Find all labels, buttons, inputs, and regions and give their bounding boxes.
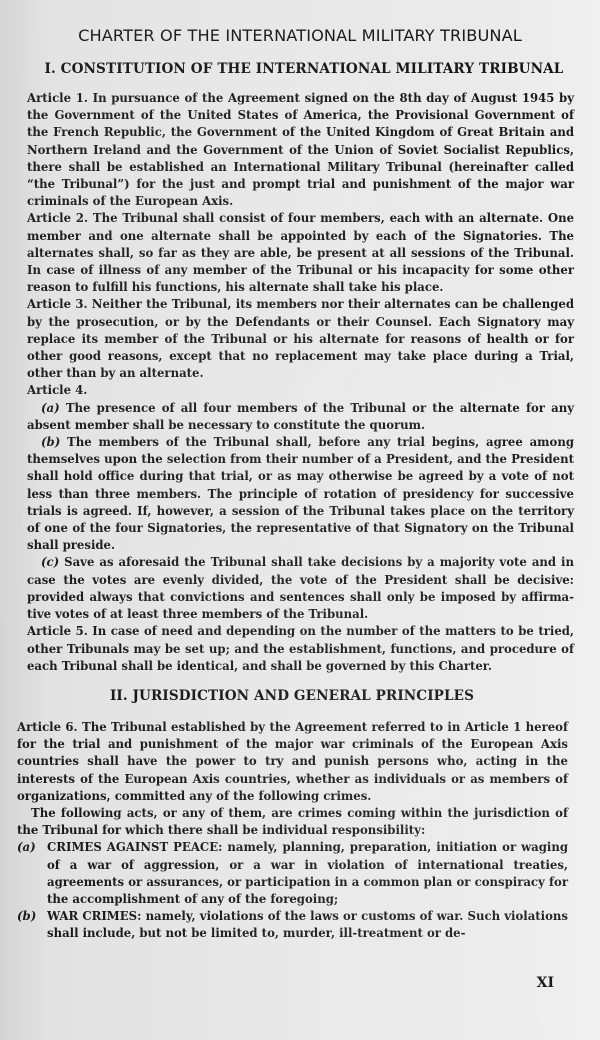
article-4-item-c-letter: (c)	[41, 555, 59, 569]
article-2: Article 2. The Tribunal shall consist of…	[27, 210, 574, 296]
page-number: XI	[537, 975, 554, 991]
crime-item-b-letter: (b)	[17, 908, 47, 925]
crime-item-a-text: CRIMES AGAINST PEACE: namely, planning, …	[47, 840, 568, 906]
article-1-text: In pursuance of the Agreement signed on …	[27, 91, 574, 208]
article-1-label: Article 1.	[27, 91, 88, 105]
article-5: Article 5. In case of need and depending…	[27, 623, 574, 675]
article-4-item-b-letter: (b)	[41, 435, 60, 449]
document-page: CHARTER OF THE INTERNATIONAL MILITARY TR…	[0, 0, 600, 1040]
article-3: Article 3. Neither the Tribunal, its mem…	[27, 296, 574, 382]
article-2-text: The Tribunal shall consist of four membe…	[27, 211, 574, 294]
section-constitution-body: Article 1. In pursuance of the Agreement…	[27, 90, 574, 675]
article-3-text: Neither the Tribunal, its members nor th…	[27, 297, 574, 380]
article-4-item-c-text: Save as aforesaid the Tribunal shall tak…	[27, 555, 574, 621]
crime-item-b-text: WAR CRIMES: namely, violations of the la…	[47, 909, 568, 940]
article-4-item-b: (b) The members of the Tribunal shall, b…	[27, 434, 574, 554]
section-title-constitution: I. CONSTITUTION OF THE INTERNATIONAL MIL…	[4, 61, 600, 77]
article-6-text: The Tribunal established by the Agreemen…	[17, 720, 568, 803]
article-3-label: Article 3.	[27, 297, 88, 311]
article-6-label: Article 6.	[17, 720, 78, 734]
article-4-item-c: (c) Save as aforesaid the Tribunal shall…	[27, 554, 574, 623]
crime-item-a-letter: (a)	[17, 839, 47, 856]
article-4-label: Article 4.	[27, 383, 87, 397]
article-6-intro: The following acts, or any of them, are …	[17, 805, 568, 839]
article-5-text: In case of need and depending on the num…	[27, 624, 574, 672]
article-4-item-a-text: The presence of all four members of the …	[27, 401, 574, 432]
section-title-jurisdiction: II. JURISDICTION AND GENERAL PRINCIPLES	[0, 688, 592, 704]
article-6: Article 6. The Tribunal established by t…	[17, 719, 568, 805]
article-1: Article 1. In pursuance of the Agreement…	[27, 90, 574, 210]
article-2-label: Article 2.	[27, 211, 88, 225]
article-4-item-a-letter: (a)	[41, 401, 60, 415]
article-4-item-a: (a) The presence of all four members of …	[27, 400, 574, 434]
article-4-item-b-text: The members of the Tribunal shall, befor…	[27, 435, 574, 552]
article-5-label: Article 5.	[27, 624, 88, 638]
running-head: CHARTER OF THE INTERNATIONAL MILITARY TR…	[0, 26, 600, 45]
crime-item-a: (a)CRIMES AGAINST PEACE: namely, plannin…	[17, 839, 568, 908]
article-4: Article 4.	[27, 382, 574, 399]
crime-item-b: (b)WAR CRIMES: namely, violations of the…	[17, 908, 568, 942]
section-jurisdiction-body: Article 6. The Tribunal established by t…	[17, 719, 568, 943]
